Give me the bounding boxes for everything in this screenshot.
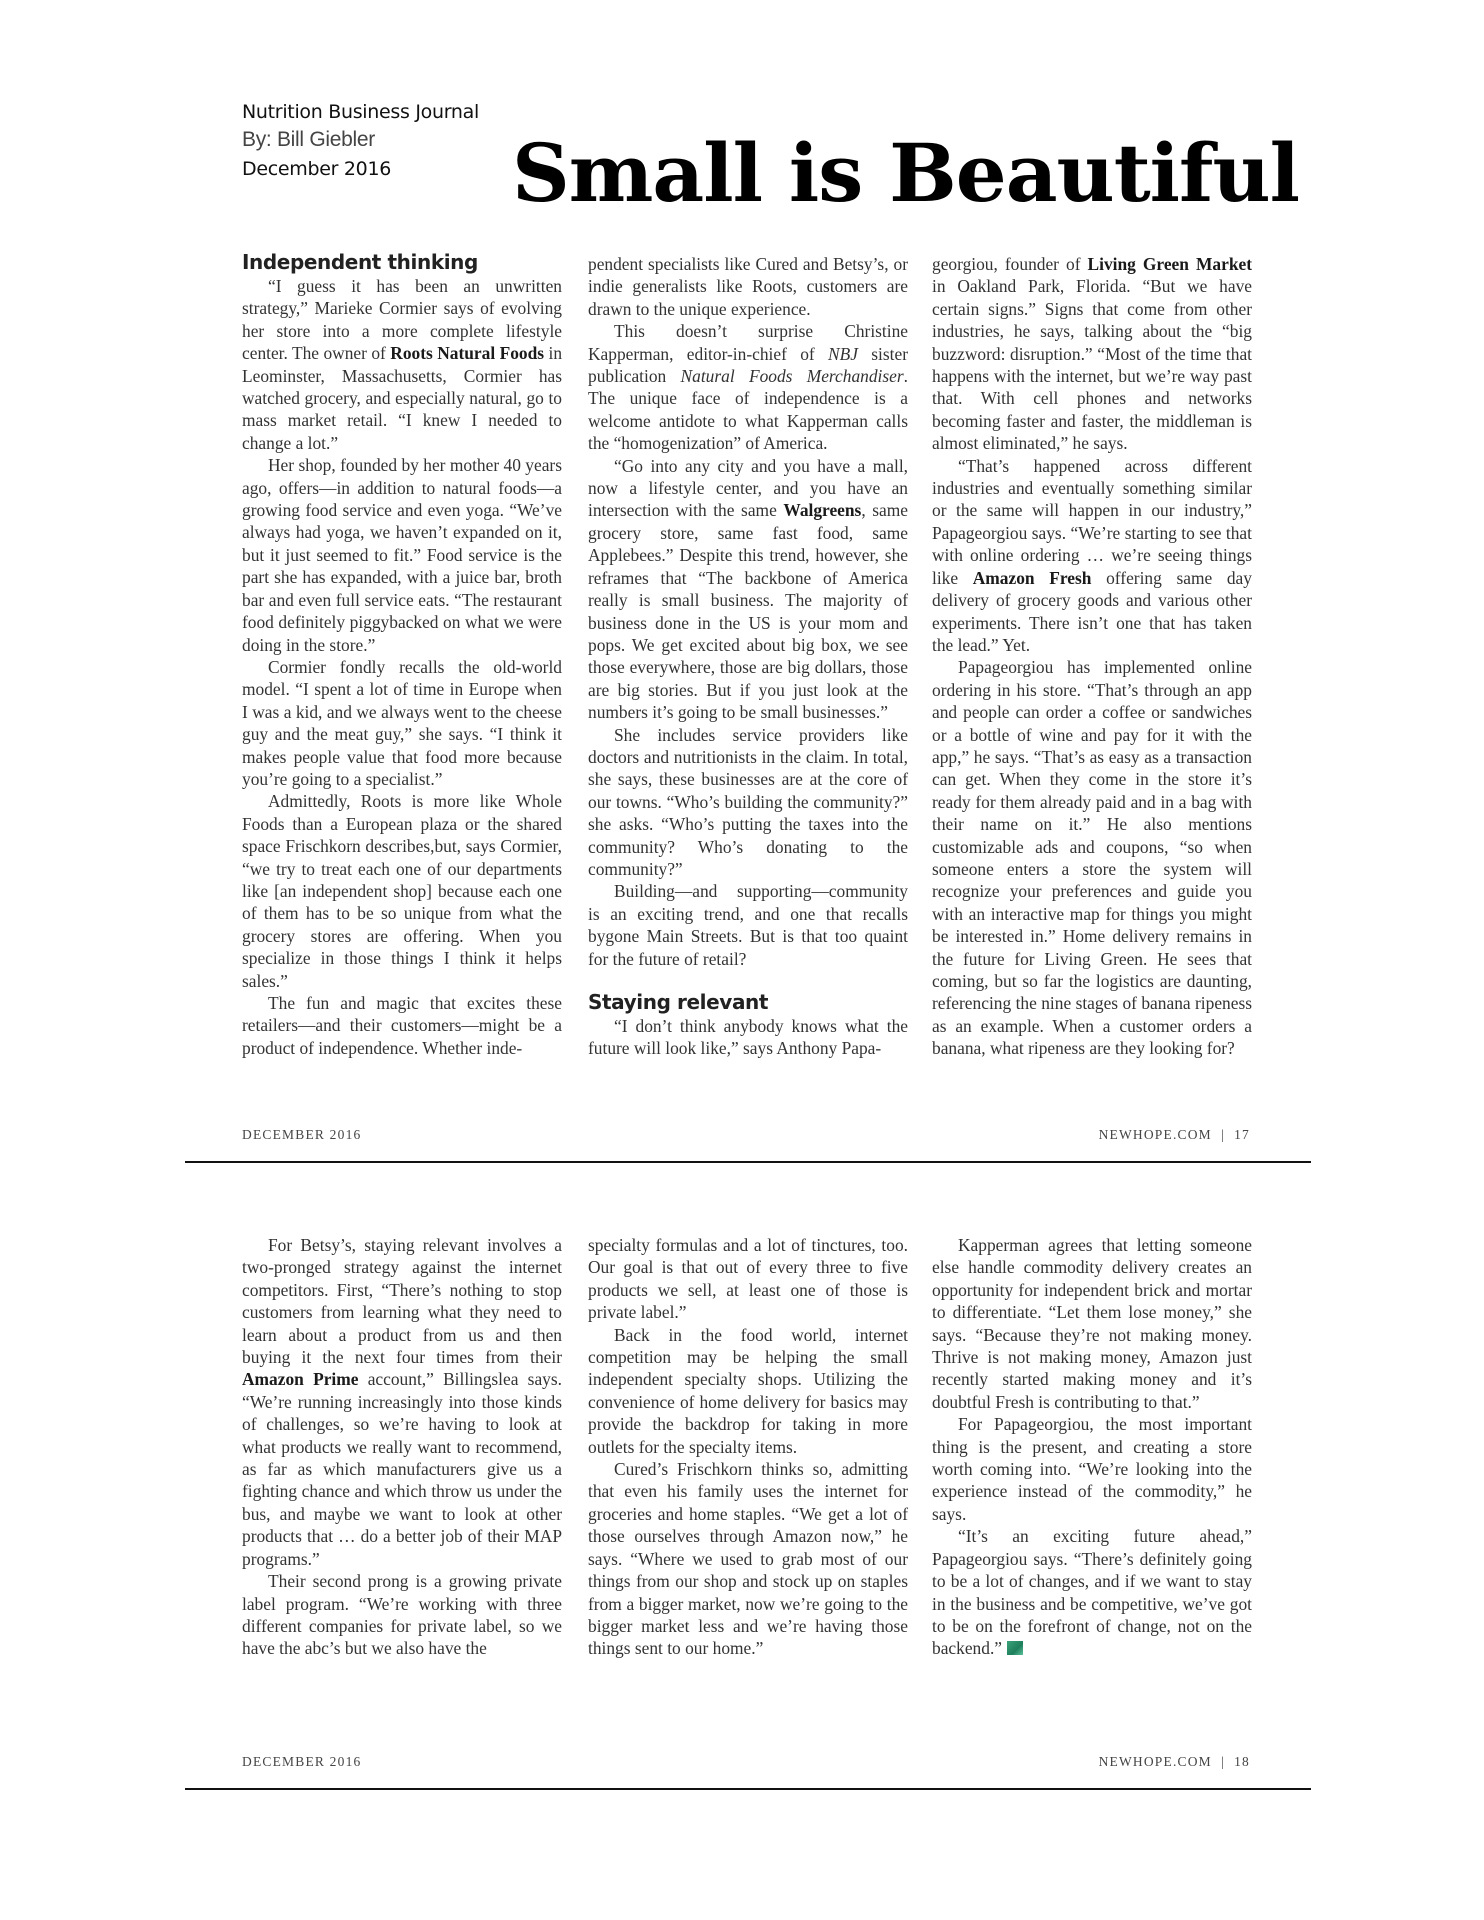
business-name: Amazon Prime [242, 1369, 358, 1389]
paragraph: For Betsy’s, staying relevant involves a… [242, 1234, 562, 1570]
paragraph: Papageorgiou has implemented online orde… [932, 656, 1252, 1059]
p18-column-3: Kapperman agrees that letting someone el… [932, 1234, 1252, 1660]
business-name: Amazon Fresh [973, 568, 1092, 588]
p17-column-1: Independent thinking “I guess it has bee… [242, 250, 562, 1059]
paragraph: “I guess it has been an unwritten strate… [242, 275, 562, 454]
paragraph: Her shop, founded by her mother 40 years… [242, 454, 562, 656]
p18-footer-date: DECEMBER 2016 [242, 1754, 361, 1770]
paragraph: Admittedly, Roots is more like Whole Foo… [242, 790, 562, 992]
paragraph: “It’s an exciting future ahead,” Papageo… [932, 1525, 1252, 1659]
section-heading-staying-relevant: Staying relevant [588, 990, 908, 1014]
article-title: Small is Beautiful [512, 128, 1299, 218]
paragraph: specialty formulas and a lot of tincture… [588, 1234, 908, 1324]
end-of-article-icon [1007, 1641, 1023, 1655]
paragraph: pendent specialists like Cured and Betsy… [588, 253, 908, 320]
publication-name: Nutrition Business Journal [242, 100, 479, 124]
paragraph: Kapperman agrees that letting someone el… [932, 1234, 1252, 1413]
paragraph: georgiou, founder of Living Green Market… [932, 253, 1252, 455]
paragraph: Their second prong is a growing private … [242, 1570, 562, 1660]
business-name: Roots Natural Foods [390, 343, 544, 363]
page-divider [185, 1788, 1311, 1790]
publication-ref: Natural Foods Merchandiser [681, 366, 904, 386]
p18-footer-site-page: NEWHOPE.COM | 18 [1099, 1754, 1250, 1770]
page-divider [185, 1161, 1311, 1163]
paragraph: This doesn’t surprise Christine Kapperma… [588, 320, 908, 454]
paragraph: “Go into any city and you have a mall, n… [588, 455, 908, 724]
paragraph: “That’s happened across different indust… [932, 455, 1252, 657]
business-name: Living Green Market [1088, 254, 1252, 274]
paragraph: She includes service providers like doct… [588, 724, 908, 881]
byline: By: Bill Giebler [242, 128, 375, 152]
paragraph: For Papageorgiou, the most important thi… [932, 1413, 1252, 1525]
publication-date: December 2016 [242, 157, 391, 181]
paragraph: Back in the food world, internet competi… [588, 1324, 908, 1458]
p17-footer-site-page: NEWHOPE.COM | 17 [1099, 1127, 1250, 1143]
paragraph: Building—and supporting—community is an … [588, 880, 908, 970]
section-heading-independent-thinking: Independent thinking [242, 250, 562, 274]
p17-footer-date: DECEMBER 2016 [242, 1127, 361, 1143]
paragraph: Cured’s Frischkorn thinks so, admitting … [588, 1458, 908, 1660]
business-name: Walgreens [783, 500, 861, 520]
paragraph: Cormier fondly recalls the old-world mod… [242, 656, 562, 790]
paragraph: “I don’t think anybody knows what the fu… [588, 1015, 908, 1060]
p18-column-1: For Betsy’s, staying relevant involves a… [242, 1234, 562, 1660]
paragraph: The fun and magic that excites these ret… [242, 992, 562, 1059]
publication-ref: NBJ [828, 344, 858, 364]
p17-column-3: georgiou, founder of Living Green Market… [932, 253, 1252, 1060]
p17-column-2: pendent specialists like Cured and Betsy… [588, 253, 908, 1060]
p18-column-2: specialty formulas and a lot of tincture… [588, 1234, 908, 1660]
